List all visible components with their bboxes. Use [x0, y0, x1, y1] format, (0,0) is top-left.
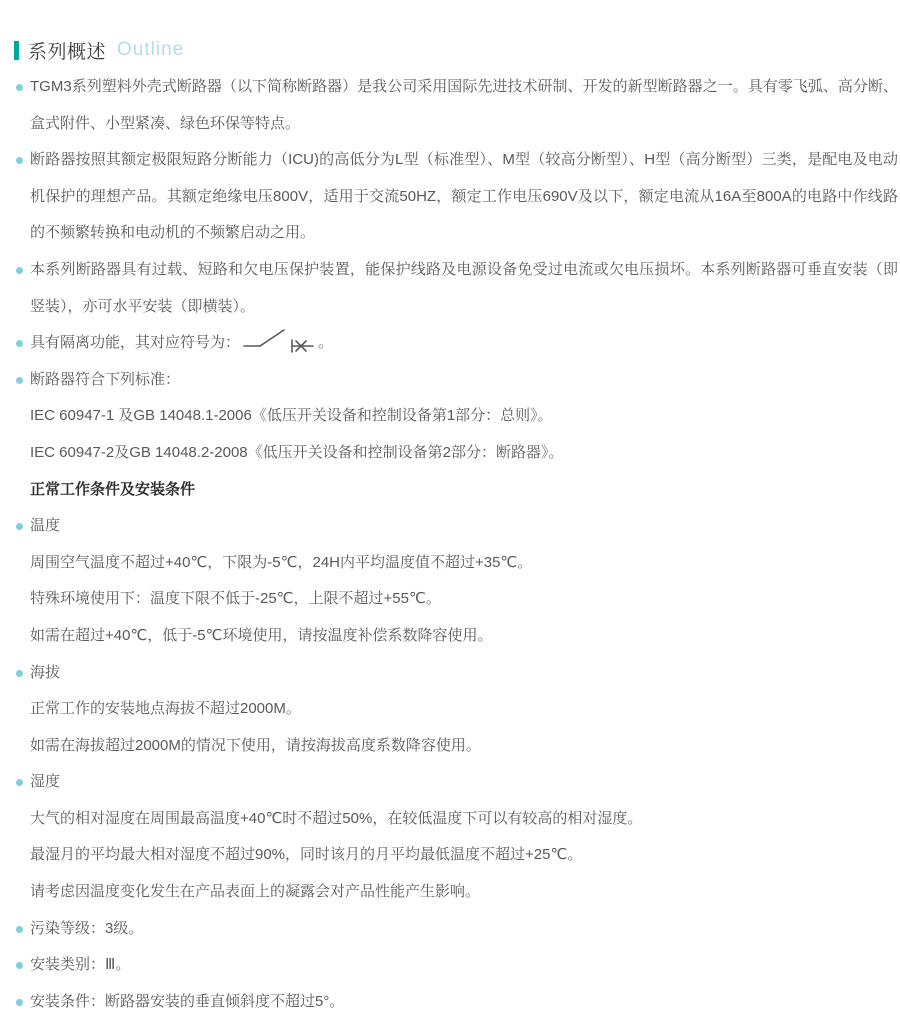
paragraph: 正常工作的安装地点海拔不超过2000M。	[0, 691, 898, 728]
paragraph-text: 如需在超过+40℃，低于-5℃环境使用，请按温度补偿系数降容使用。	[30, 627, 492, 644]
paragraph-text: 请考虑因温度变化发生在产品表面上的凝露会对产品性能产生影响。	[30, 883, 480, 900]
document-page: 系列概述 Outline TGM3系列塑料外壳式断路器（以下简称断路器）是我公司…	[0, 0, 900, 1020]
paragraph: 大气的相对湿度在周围最高温度+40℃时不超过50%，在较低温度下可以有较高的相对…	[0, 801, 898, 838]
bullet-item: 安装条件：断路器安装的垂直倾斜度不超过5°。	[0, 984, 898, 1021]
bullet-item: 温度	[0, 508, 898, 545]
bullet-item-text: 断路器按照其额定极限短路分断能力（ICU)的高低分为L型（标准型）、M型（较高分…	[30, 151, 898, 241]
paragraph-text: 最湿月的平均最大相对湿度不超过90%，同时该月的月平均最低温度不超过+25℃。	[30, 846, 582, 863]
bullet-item-text: 具有隔离功能，其对应符号为：	[30, 334, 240, 351]
paragraph: 周围空气温度不超过+40℃，下限为-5℃，24H内平均温度值不超过+35℃。	[0, 545, 898, 582]
bullet-item: 污染等级：3级。	[0, 911, 898, 948]
paragraph: 最湿月的平均最大相对湿度不超过90%，同时该月的月平均最低温度不超过+25℃。	[0, 837, 898, 874]
bullet-item-text: 安装类别：Ⅲ。	[30, 956, 130, 973]
bullet-item-with-symbol: 具有隔离功能，其对应符号为：。	[0, 325, 898, 362]
paragraph: 如需在海拔超过2000M的情况下使用，请按海拔高度系数降容使用。	[0, 728, 898, 765]
bullet-item: 断路器按照其额定极限短路分断能力（ICU)的高低分为L型（标准型）、M型（较高分…	[0, 142, 898, 252]
bullet-item-text: TGM3系列塑料外壳式断路器（以下简称断路器）是我公司采用国际先进技术研制、开发…	[30, 78, 898, 132]
bullet-item: TGM3系列塑料外壳式断路器（以下简称断路器）是我公司采用国际先进技术研制、开发…	[0, 69, 898, 142]
section-title-zh: 系列概述	[28, 37, 106, 64]
paragraph: IEC 60947-1 及GB 14048.1-2006《低压开关设备和控制设备…	[0, 398, 898, 435]
isolator-switch-symbol-icon	[243, 327, 315, 353]
paragraph: IEC 60947-2及GB 14048.2-2008《低压开关设备和控制设备第…	[0, 435, 898, 472]
paragraph-text: 周围空气温度不超过+40℃，下限为-5℃，24H内平均温度值不超过+35℃。	[30, 554, 532, 571]
section-subheading-text: 正常工作条件及安装条件	[30, 481, 195, 498]
content-blocks: TGM3系列塑料外壳式断路器（以下简称断路器）是我公司采用国际先进技术研制、开发…	[0, 69, 900, 1020]
bullet-item-text: 温度	[30, 517, 60, 534]
bullet-item: 湿度	[0, 764, 898, 801]
paragraph: 请考虑因温度变化发生在产品表面上的凝露会对产品性能产生影响。	[0, 874, 898, 911]
title-accent-bar	[14, 41, 19, 60]
section-title: 系列概述 Outline	[14, 38, 900, 62]
paragraph: 如需在超过+40℃，低于-5℃环境使用，请按温度补偿系数降容使用。	[0, 618, 898, 655]
bullet-item-text-after: 。	[318, 334, 333, 351]
bullet-item-text: 安装条件：断路器安装的垂直倾斜度不超过5°。	[30, 993, 344, 1010]
section-subheading: 正常工作条件及安装条件	[0, 472, 898, 509]
paragraph-text: 大气的相对湿度在周围最高温度+40℃时不超过50%，在较低温度下可以有较高的相对…	[30, 810, 642, 827]
paragraph-text: 正常工作的安装地点海拔不超过2000M。	[30, 700, 301, 717]
bullet-item: 本系列断路器具有过载、短路和欠电压保护装置，能保护线路及电源设备免受过电流或欠电…	[0, 252, 898, 325]
paragraph-text: 特殊环境使用下：温度下限不低于-25℃，上限不超过+55℃。	[30, 590, 441, 607]
bullet-item-text: 湿度	[30, 773, 60, 790]
bullet-item-text: 本系列断路器具有过载、短路和欠电压保护装置，能保护线路及电源设备免受过电流或欠电…	[30, 261, 898, 315]
section-title-en: Outline	[117, 39, 184, 61]
bullet-item-text: 海拔	[30, 664, 60, 681]
bullet-item: 安装类别：Ⅲ。	[0, 947, 898, 984]
bullet-item-text: 污染等级：3级。	[30, 920, 143, 937]
paragraph: 特殊环境使用下：温度下限不低于-25℃，上限不超过+55℃。	[0, 581, 898, 618]
bullet-item: 海拔	[0, 655, 898, 692]
paragraph-text: 如需在海拔超过2000M的情况下使用，请按海拔高度系数降容使用。	[30, 737, 481, 754]
paragraph-text: IEC 60947-1 及GB 14048.1-2006《低压开关设备和控制设备…	[30, 407, 553, 424]
bullet-item-text: 断路器符合下列标准：	[30, 371, 180, 388]
paragraph-text: IEC 60947-2及GB 14048.2-2008《低压开关设备和控制设备第…	[30, 444, 564, 461]
bullet-item: 断路器符合下列标准：	[0, 362, 898, 399]
